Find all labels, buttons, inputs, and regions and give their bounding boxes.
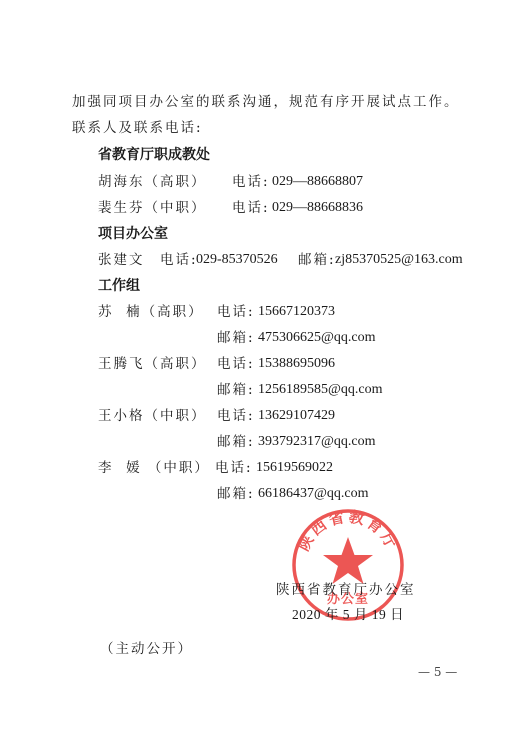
contacts-intro: 联系人及联系电话: [72,120,203,136]
phone-label: 电话: [217,356,255,372]
contact-name: 李 媛 （中职） [98,460,210,476]
paragraph-end: 加强同项目办公室的联系沟通，规范有序开展试点工作。 [72,94,460,110]
phone-label: 电话: [217,304,255,320]
email-label: 邮箱: [217,434,255,450]
contact-name: 王小格（中职） [98,408,207,424]
contact-name: 裴生芬（中职） [98,200,207,216]
phone-label: 电话: [232,174,270,190]
contact-name: 胡海东（高职） [98,174,207,190]
email-value: 393792317@qq.com [258,434,376,450]
contact-name: 苏 楠（高职） [98,304,204,320]
email-value: zj85370525@163.com [335,252,463,268]
section-title-project-office: 项目办公室 [98,226,168,242]
section-title-working-group: 工作组 [98,278,140,294]
contact-name: 王腾飞（高职） [98,356,207,372]
issuing-org: 陕西省教育厅办公室 [276,578,416,598]
email-value: 66186437@qq.com [258,486,369,502]
phone-value: 15388695096 [258,356,335,372]
email-label: 邮箱: [298,252,336,268]
phone-label: 电话: [232,200,270,216]
phone-value: 029—88668807 [272,174,363,190]
section-title-vocational-dept: 省教育厅职成教处 [98,147,210,163]
email-label: 邮箱: [217,382,255,398]
phone-value: 15619569022 [256,460,333,476]
phone-value: 13629107429 [258,408,335,424]
email-value: 475306625@qq.com [258,330,376,346]
page-number: — 5 — [418,664,457,680]
email-value: 1256189585@qq.com [258,382,383,398]
phone-label: 电话: [215,460,253,476]
phone-value: 029-85370526 [196,252,278,268]
email-label: 邮箱: [217,330,255,346]
disclosure-label: （主动公开） [100,641,193,657]
phone-label: 电话: [217,408,255,424]
issue-date: 2020 年 5 月 19 日 [292,603,404,623]
email-label: 邮箱: [217,486,255,502]
phone-label: 电话: [160,252,198,268]
phone-value: 029—88668836 [272,200,363,216]
phone-value: 15667120373 [258,304,335,320]
contact-name: 张建文 [98,252,145,268]
